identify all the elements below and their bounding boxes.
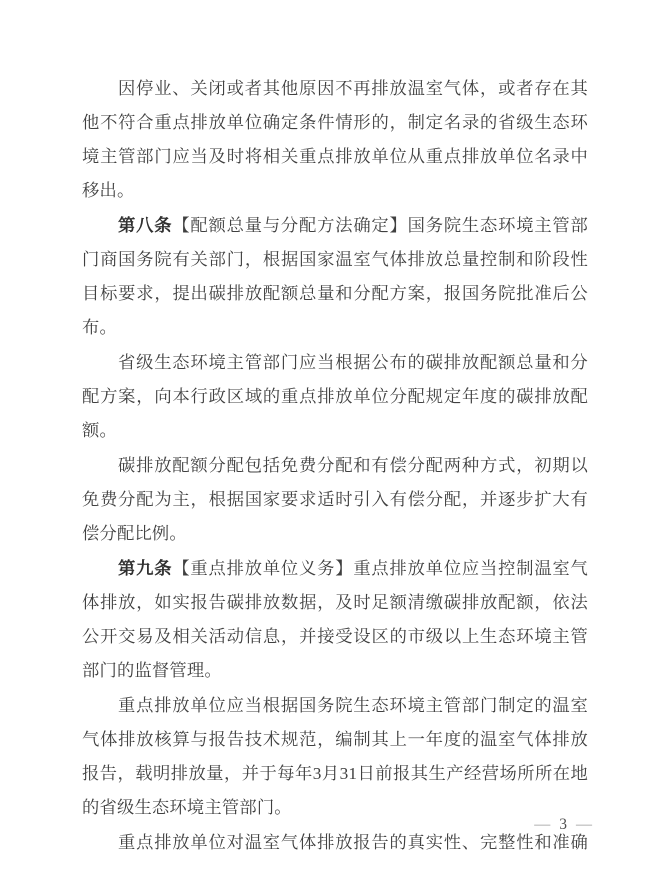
article-number: 第九条 xyxy=(118,558,172,578)
paragraph-article-9: 第九条【重点排放单位义务】重点排放单位应当控制温室气体排放，如实报告碳排放数据，… xyxy=(82,551,588,688)
paragraph-text: 因停业、关闭或者其他原因不再排放温室气体，或者存在其他不符合重点排放单位确定条件… xyxy=(82,79,588,200)
page-number-dash-right: — xyxy=(576,816,592,833)
page-number: —3— xyxy=(534,814,592,836)
paragraph-text: 重点排放单位应当根据国务院生态环境主管部门制定的温室气体排放核算与报告技术规范，… xyxy=(82,696,588,817)
paragraph-reporting-duty: 重点排放单位应当根据国务院生态环境主管部门制定的温室气体排放核算与报告技术规范，… xyxy=(82,688,588,825)
paragraph-allocation-methods: 碳排放配额分配包括免费分配和有偿分配两种方式，初期以免费分配为主，根据国家要求适… xyxy=(82,448,588,551)
paragraph-text: 重点排放单位对温室气体排放报告的真实性、完整性和准确 xyxy=(118,833,588,852)
document-page: 因停业、关闭或者其他原因不再排放温室气体，或者存在其他不符合重点排放单位确定条件… xyxy=(0,0,670,873)
document-body: 因停业、关闭或者其他原因不再排放温室气体，或者存在其他不符合重点排放单位确定条件… xyxy=(82,71,588,860)
paragraph-text: 省级生态环境主管部门应当根据公布的碳排放配额总量和分配方案，向本行政区域的重点排… xyxy=(82,353,588,440)
page-number-dash-left: — xyxy=(534,816,550,833)
paragraph-report-accuracy-cutoff: 重点排放单位对温室气体排放报告的真实性、完整性和准确 xyxy=(82,825,588,860)
article-number: 第八条 xyxy=(118,215,172,235)
paragraph-unit-removal: 因停业、关闭或者其他原因不再排放温室气体，或者存在其他不符合重点排放单位确定条件… xyxy=(82,71,588,208)
paragraph-provincial-allocation: 省级生态环境主管部门应当根据公布的碳排放配额总量和分配方案，向本行政区域的重点排… xyxy=(82,345,588,448)
page-number-value: 3 xyxy=(559,816,567,833)
paragraph-article-8: 第八条【配额总量与分配方法确定】国务院生态环境主管部门商国务院有关部门，根据国家… xyxy=(82,208,588,345)
paragraph-text: 碳排放配额分配包括免费分配和有偿分配两种方式，初期以免费分配为主，根据国家要求适… xyxy=(82,456,588,543)
